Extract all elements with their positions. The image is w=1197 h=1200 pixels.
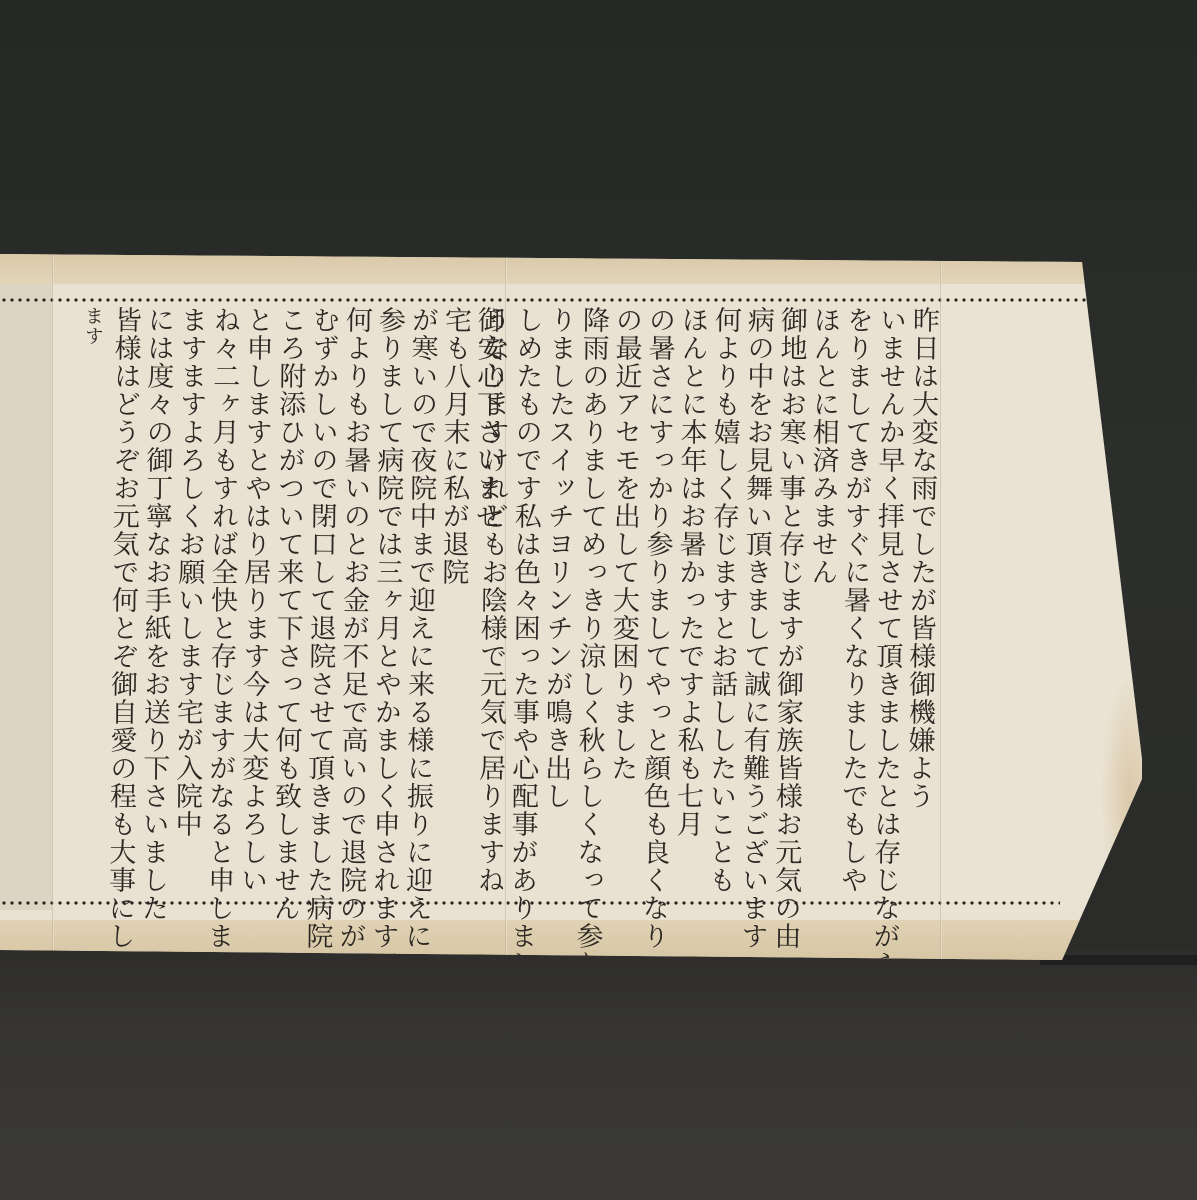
handwritten-line: 何よりも嬉しく存じますとお話ししたいことも: [703, 300, 742, 900]
handwritten-line: ね々二ヶ月もすれば全快と存じますがなると申しますと: [202, 300, 241, 900]
table-surface: [0, 950, 1197, 1200]
handwritten-line: の最近アセモを出して大変困りました: [604, 300, 643, 900]
handwritten-line: ますますよろしくお願いします宅が入院中: [169, 300, 208, 900]
handwritten-line: をりましてきがすぐに暑くなりましたでもしや: [835, 300, 874, 900]
book-edge: [1040, 955, 1197, 965]
letter-sheet: 昨日は大変な雨でしたが皆様御機嫌よう いませんか早く拝見させて頂きましたとは存じ…: [0, 254, 1142, 960]
handwritten-line: りましたスイッチヨリンチンが鳴き出し: [538, 300, 577, 900]
fold-crease-left: [52, 254, 54, 960]
handwritten-line: 参りまして病院では三ヶ月とやかましく申されますが: [367, 300, 406, 900]
closing-line: 宅も八月末に私が退院: [433, 300, 472, 900]
closing-line: 御安心下さいませ: [466, 300, 505, 900]
handwritten-line: 病の中をお見舞い頂きまして誠に有難うございます: [736, 300, 775, 900]
left-panel-text: 御安心下さいませ 宅も八月末に私が退院 が寒いので夜院中まで迎えに来る様に振りに…: [160, 300, 502, 900]
handwritten-line: が寒いので夜院中まで迎えに来る様に振りに迎えに: [400, 300, 439, 900]
handwritten-line-end: ます: [70, 300, 109, 900]
handwritten-line: 昨日は大変な雨でしたが皆様御機嫌よう: [901, 300, 940, 900]
handwritten-line: ころ附添ひがついて来て下さって何も致しません: [268, 300, 307, 900]
handwritten-line: ほんとに本年はお暑かったですよ私も七月: [670, 300, 709, 900]
fold-crease-right: [940, 254, 942, 960]
handwritten-line: ほんとに相済みません: [802, 300, 841, 900]
handwritten-line: には度々の御丁寧なお手紙をお送り下さいました: [136, 300, 175, 900]
handwritten-line: 何よりもお暑いのとお金が不足で高いので退院のが: [334, 300, 373, 900]
handwritten-line: の暑さにすっかり参りましてやっと顔色も良くなり: [637, 300, 676, 900]
handwritten-line: いませんか早く拝見させて頂きましたとは存じながらもおちついて: [868, 300, 907, 900]
handwritten-line: 降雨のありましてめっきり涼しく秋らしくなって参りました: [571, 300, 610, 900]
left-fold-panel: [0, 284, 52, 910]
handwritten-line: 御地はお寒い事と存じますが御家族皆様お元気の由: [769, 300, 808, 900]
handwritten-line: むずかしいので閉口して退院させて頂きました病院: [301, 300, 340, 900]
handwritten-line: と申しますとやはり居ります今は大変よろしい: [235, 300, 274, 900]
handwritten-line: しめたものです私は色々困った事や心配事がありまして: [505, 300, 544, 900]
handwritten-line: 皆様はどうぞお元気で何とぞ御自愛の程も大事にして下さい: [103, 300, 142, 900]
right-panel-text: 昨日は大変な雨でしたが皆様御機嫌よう いませんか早く拝見させて頂きましたとは存じ…: [505, 300, 937, 900]
